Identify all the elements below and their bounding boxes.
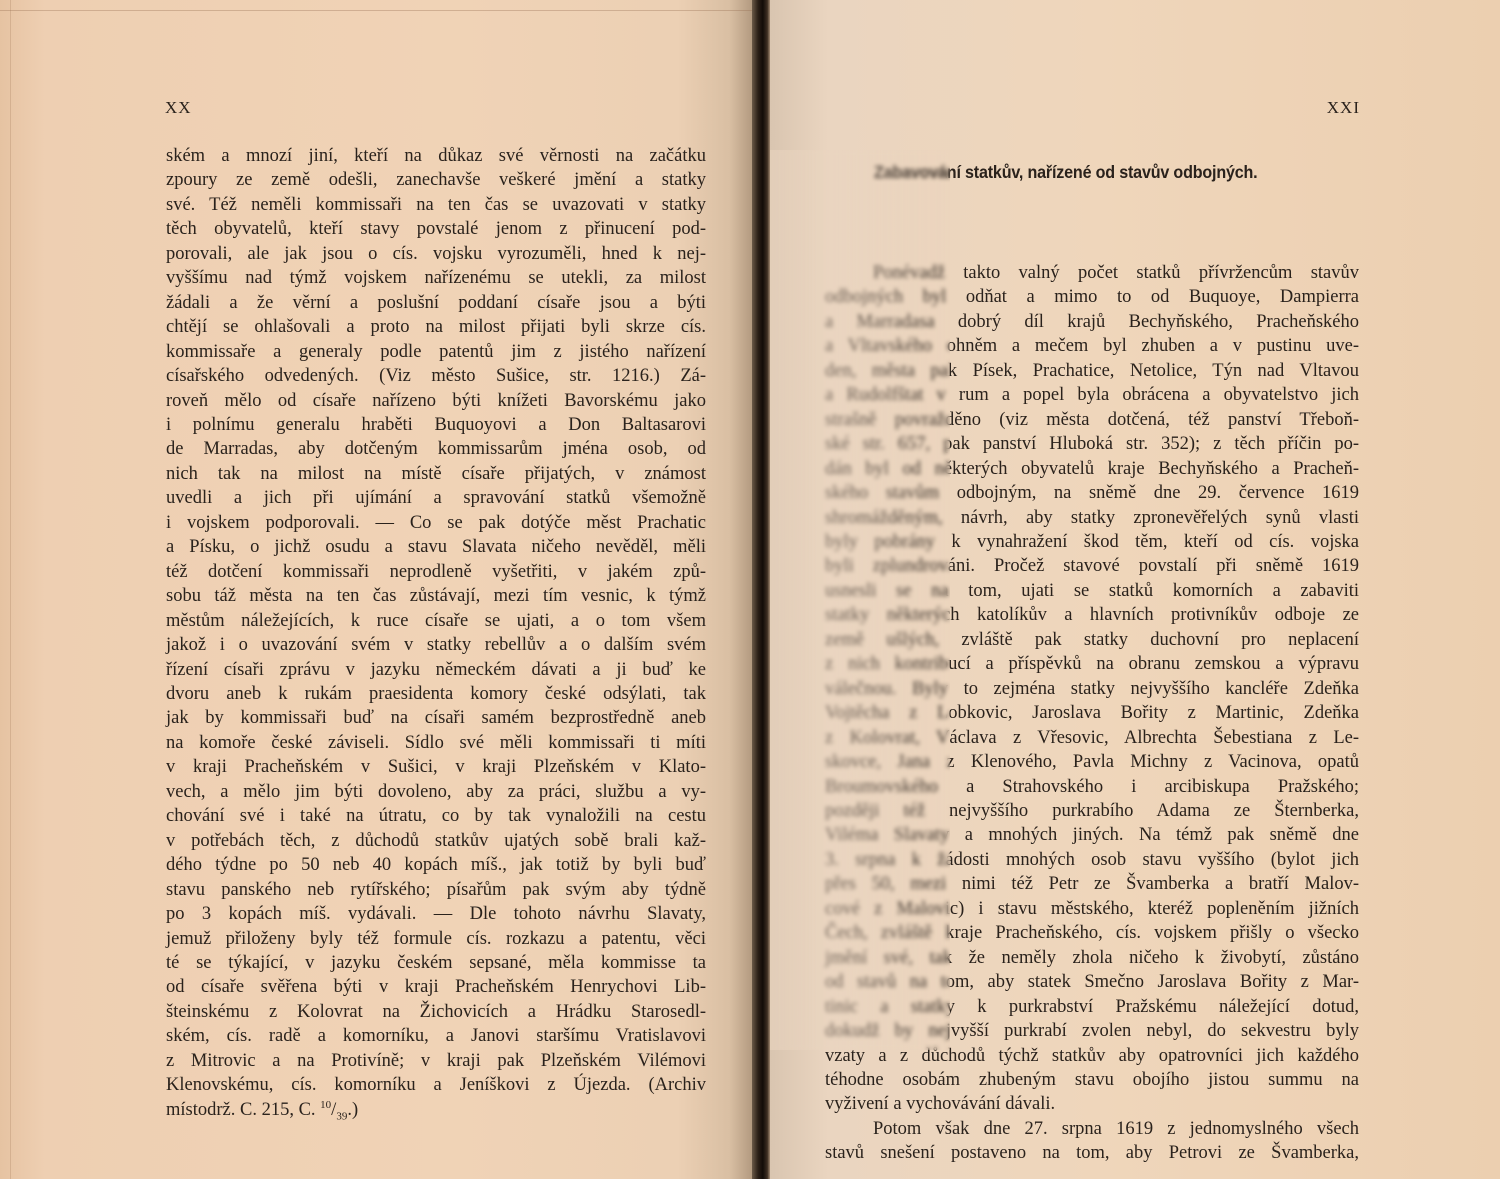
text-line: těch obyvatelů, kteří stavy povstalé jen… xyxy=(166,217,706,241)
citation-numerator: 10 xyxy=(320,1099,331,1111)
text-line: též dotčení kommissaři neprodleně vyšetř… xyxy=(166,560,706,584)
text-line: Broumovského a Strahovského i arcibiskup… xyxy=(825,775,1359,799)
text-line: jakož i o uvazování svém v statky rebell… xyxy=(166,633,706,657)
text-line: jemuž přiloženy byly též formule cís. ro… xyxy=(166,927,706,951)
text-line: chování své i také na útratu, co by tak … xyxy=(166,804,706,828)
text-line: městům náležejících, k ruce císaře se uj… xyxy=(166,609,706,633)
text-line: Čech, zvláště kraje Pracheňského, cís. v… xyxy=(825,921,1359,945)
text-line: ské str. 657, pak panství Hluboká str. 3… xyxy=(825,432,1359,456)
book-spread: XX ském a mnozí jiní, kteří na důkaz své… xyxy=(0,0,1500,1179)
text-line: de Marradas, aby dotčeným kommissarům jm… xyxy=(166,437,706,461)
text-line: z Kolovrat, Václava z Vřesovic, Albrecht… xyxy=(825,726,1359,750)
text-line: Vojtěcha z Lobkovic, Jaroslava Bořity z … xyxy=(825,701,1359,725)
text-line: řízení císaři zprávu v jazyku německém d… xyxy=(166,658,706,682)
text-line: 3. srpna k žádosti mnohých osob stavu vy… xyxy=(825,848,1359,872)
text-line: nich tak na milost na místě císaře přija… xyxy=(166,462,706,486)
section-heading: Zabavování statkův, nařízené od stavův o… xyxy=(874,162,1257,183)
text-line: Viléma Slavaty a mnohých jiných. Na témž… xyxy=(825,823,1359,847)
text-line: dého týdne po 50 neb 40 kopách míš., jak… xyxy=(166,853,706,877)
text-line: dvoru aneb k rukám praesidenta komory če… xyxy=(166,682,706,706)
left-page: XX ském a mnozí jiní, kteří na důkaz své… xyxy=(0,0,752,1179)
text-line: vyššímu nad týmž vojskem nařízenému se u… xyxy=(166,266,706,290)
text-line: roveň mělo od císaře nařízeno býti kníže… xyxy=(166,389,706,413)
text-line-last: místodrž. C. 215, C. 10/39.) xyxy=(166,1098,706,1122)
text-line: dokudž by nejvyšší purkrabí zvolen nebyl… xyxy=(825,1019,1359,1043)
text-line: válečnou. Byly to zejména statky nejvyšš… xyxy=(825,677,1359,701)
left-page-text: ském a mnozí jiní, kteří na důkaz své vě… xyxy=(166,144,706,1122)
text-line: té se týkající, v jazyku českém sepsané,… xyxy=(166,951,706,975)
text-line: ském a mnozí jiní, kteří na důkaz své vě… xyxy=(166,144,706,168)
text-line: vzaty a z důchodů týchž statkův aby opat… xyxy=(825,1044,1359,1068)
citation-end: .) xyxy=(347,1100,358,1120)
text-line: v potřebách těch, z důchodů statkův ujat… xyxy=(166,829,706,853)
text-line: žádali a že věrní a poslušní poddaní cís… xyxy=(166,291,706,315)
text-line: jmění své, tak že neměly zhola ničeho k … xyxy=(825,946,1359,970)
text-line: přes 50, mezi nimi též Petr ze Švamberka… xyxy=(825,872,1359,896)
text-line: usnesli se na tom, ujati se statků komor… xyxy=(825,579,1359,603)
text-line: porovali, ale jak jsou o cís. vojsku vyr… xyxy=(166,242,706,266)
text-line: dán byl od některých obyvatelů kraje Bec… xyxy=(825,457,1359,481)
text-line: Ponévadž takto valný počet statků přívrž… xyxy=(825,261,1359,285)
right-page-text: Ponévadž takto valný počet statků přívrž… xyxy=(825,261,1359,1166)
text-line: Klenovskému, cís. komorníku a Jeníškovi … xyxy=(166,1073,706,1097)
text-line: statky některých katolíkův a hlavních pr… xyxy=(825,603,1359,627)
text-line: na komoře české záviseli. Sídlo své měli… xyxy=(166,731,706,755)
book-gutter xyxy=(752,0,770,1179)
text-line: jak by kommissaři buď na císaři samém be… xyxy=(166,706,706,730)
text-line: cové z Malovic) i stavu městského, které… xyxy=(825,897,1359,921)
text-line: a Písku, o jichž osudu a stavu Slavata n… xyxy=(166,535,706,559)
text-line: i vojskem podporovali. — Co se pak dotýč… xyxy=(166,511,706,535)
text-line: stavů snešení postaveno na tom, aby Petr… xyxy=(825,1141,1359,1165)
text-line: sobu táž města na ten čas zůstávají, mez… xyxy=(166,584,706,608)
text-line: den, města pak Písek, Prachatice, Netoli… xyxy=(825,359,1359,383)
page-number-right: XXI xyxy=(1327,98,1360,118)
text-line: země ušlých, zvláště pak statky duchovní… xyxy=(825,628,1359,652)
text-line: skovce, Jana z Klenového, Pavla Michny z… xyxy=(825,750,1359,774)
text-line: císařského odvedených. (Viz město Sušice… xyxy=(166,364,706,388)
text-line: z Mitrovic a na Protivíně; v kraji pak P… xyxy=(166,1049,706,1073)
text-line: téhodne osobám zhubeným stavu obojího ji… xyxy=(825,1068,1359,1092)
text-line: chtějí se ohlašovali a proto na milost p… xyxy=(166,315,706,339)
text-line: strašně povražděno (viz města dotčená, t… xyxy=(825,408,1359,432)
text-line: shromážděným, návrh, aby statky zpronevě… xyxy=(825,506,1359,530)
text-line: po 3 kopách míš. vydávali. — Dle tohoto … xyxy=(166,902,706,926)
text-line: vech, a mělo jim býti dovoleno, aby za p… xyxy=(166,780,706,804)
text-line: kommissaře a generaly podle patentů jim … xyxy=(166,340,706,364)
text-line: od císaře svěřena býti v kraji Pracheňsk… xyxy=(166,975,706,999)
text-line: vyživení a vychovávání dávali. xyxy=(825,1092,1359,1116)
text-line: uvedli a jich při ujímání a spravování s… xyxy=(166,486,706,510)
text-line: ském, cís. radě a komorníku, a Janovi st… xyxy=(166,1024,706,1048)
text-line: z nich kontribucí a příspěvků na obranu … xyxy=(825,652,1359,676)
text-line: byli zplundrováni. Pročež stavové povsta… xyxy=(825,554,1359,578)
text-line: Potom však dne 27. srpna 1619 z jednomys… xyxy=(825,1117,1359,1141)
text-line: i polnímu generalu hraběti Buquoyovi a D… xyxy=(166,413,706,437)
text-line: zpoury ze země odešli, zanechavše vešker… xyxy=(166,168,706,192)
text-line: stavu panského neb rytířského; písařům p… xyxy=(166,878,706,902)
page-number-left: XX xyxy=(165,98,192,118)
text-line: šteinskému z Kolovrat na Žichovicích a H… xyxy=(166,1000,706,1024)
text-line: v kraji Pracheňském v Sušici, v kraji Pl… xyxy=(166,755,706,779)
text-line: odbojných byl odňat a mimo to od Buquoye… xyxy=(825,285,1359,309)
text-line: a Rudolfštat v rum a popel byla obrácena… xyxy=(825,383,1359,407)
text-line: byly pobrány k vynahražení škod těm, kte… xyxy=(825,530,1359,554)
citation-text: místodrž. C. 215, C. xyxy=(166,1100,320,1120)
text-line: od stavů na tom, aby statek Smečno Jaros… xyxy=(825,970,1359,994)
text-line: později též nejvyššího purkrabího Adama … xyxy=(825,799,1359,823)
text-line: a Vltavského ohněm a mečem byl zhuben a … xyxy=(825,334,1359,358)
text-line: a Marradasa dobrý díl krajů Bechyňského,… xyxy=(825,310,1359,334)
text-line: své. Též neměli kommissaři na ten čas se… xyxy=(166,193,706,217)
citation-denominator: 39 xyxy=(336,1110,347,1122)
text-line: ského stavům odbojným, na sněmě dne 29. … xyxy=(825,481,1359,505)
text-line: tinic a statky k purkrabství Pražskému n… xyxy=(825,995,1359,1019)
